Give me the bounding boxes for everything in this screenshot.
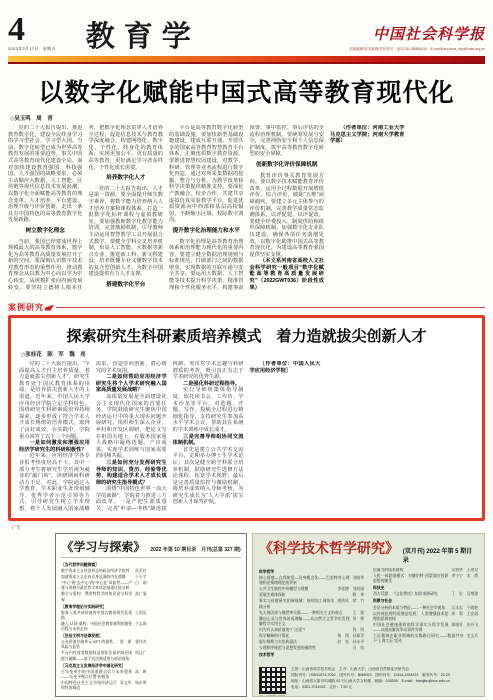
publisher-line: 电话：0351-7011922 定价：7.50 元	[291, 685, 450, 690]
entry-author: 于天宇	[135, 575, 146, 580]
article-subheading: 树立数字化理念	[8, 228, 83, 235]
article-paragraph: （作者单位：河南工业大学马克思主义学院；河南大学教育学部）	[330, 125, 405, 145]
journal-section-header: 科技史	[373, 586, 478, 591]
entry-author: 刘晓华	[353, 576, 364, 586]
entry-author: 赵 亮 孙永平	[337, 640, 364, 645]
entry-author: 王雨辰	[135, 611, 146, 621]
entry-author: 袁文华 杨东明	[120, 681, 147, 691]
entry-author: 睢 革	[353, 593, 364, 598]
qr-code	[259, 667, 286, 694]
case-swoosh-icon	[45, 305, 54, 311]
journal-entry: 论量力的技术建构吴柏华 王建设	[373, 568, 478, 573]
article-paragraph: 党的二十大报告提出，“全面提高人才自主培养质量，着力造就拔尖创新人才”。研究生教…	[19, 361, 90, 440]
journal-section-header: 科教与社会	[373, 599, 478, 604]
entry-title: 中国社会健康患病的科学事实与科学发展——以疫苗解冻争议事件为例	[373, 623, 448, 633]
header-gradient-bar	[8, 56, 485, 64]
entry-title: 公共卫生防控中的模型与建模	[259, 587, 334, 592]
entry-author: 黄 翔 孙保学	[337, 634, 364, 639]
entry-author: 毛文兵	[467, 634, 478, 644]
article-paragraph: （本文系河南省高校人文社会科学研究一般项目“数字化赋能高等教育高质量发展研究”（…	[250, 258, 325, 291]
entry-title: 工匠精神在职业领域的实践路径研究——数据共享下“上海工匠”活动	[373, 634, 464, 644]
journal-entry: 事实与价值研究的新视域：规则加工网络实践分析唐热风 徐 竹	[259, 599, 364, 609]
journal-entry: “中心”的“去中心”的“中心化”风险性——卢曼与黑格尔政治哲学本体论基础比较分析…	[61, 581, 147, 591]
entry-title: 加速资本主义走向自身反面的内在逻辑	[61, 575, 132, 580]
entry-author: 王 强	[353, 611, 364, 616]
qr-block: 扫一扫浏览二维码杂志	[259, 667, 286, 697]
article-paragraph: 首先是建立公共学术交流平台，定期举办博士生学术论坛；其次是健全跨学科联合培养机制…	[173, 447, 244, 506]
article-paragraph: 党的二十大报告指出，人才是第一资源。要全面提升师生数字素养，将数字能力培养纳入人…	[89, 186, 164, 278]
entry-author: 于志刚	[135, 622, 146, 632]
featured-byline: ◇张桂花 陈 军 魏 亮	[21, 350, 474, 358]
journal-entry: 工匠精神在职业领域的实践路径研究——数据共享下“上海工匠”活动毛文兵	[373, 634, 478, 644]
entry-author: 高 帆	[135, 670, 146, 680]
article-subheading: 创新数字化评价保障机制	[250, 162, 325, 169]
journal-right-toc: 科学哲学核心情感—自我知觉—具身概念化——巴雷特对心理建构论情绪理论的评析刘晓华…	[259, 568, 478, 664]
journal-entry: 整合与重构：费希特哲学的知识论与科学观高广旭	[61, 592, 147, 602]
entry-author: 李连德 刘成刚	[337, 587, 364, 592]
entry-title: 百年变革中的中国道路自信与未来愿景——“历史平衡点位置”的视角	[61, 670, 132, 680]
journal-section-header: 科学哲学	[259, 570, 364, 575]
journal-ad-right: 《科学技术哲学研究》 (双月刊) 2022 年第 5 期目录 科学哲学核心情感—…	[252, 533, 485, 697]
entry-author: 周 莉 王安丽	[451, 612, 478, 622]
entry-title: 科学解释的计算化	[259, 634, 334, 639]
entry-title: 公理秩序规范与思想发展的通约性	[259, 646, 350, 651]
entry-title: 先天规因果与偶然率关联——一种相关主义的观点	[259, 611, 350, 616]
entry-title: 会话分析的本质与特征——一种社会学视角	[373, 606, 448, 611]
journal-entry: 何为有认知价值的“广泛延”？钱 明	[259, 628, 364, 633]
qr-caption: 扫一扫浏览二维码杂志	[259, 695, 286, 697]
journal-entry: 加速资本主义走向自身反面的内在逻辑于天宇	[61, 575, 147, 580]
page-number-block: 4 2023年2月17日 星期五	[8, 16, 56, 52]
lead-article-columns: 党的二十大报告提出，推进教育数字化，建设全民终身学习的学习型社会、学习型大国。当…	[8, 125, 485, 297]
entry-title: 整合与重构：费希特哲学的知识论与科学观	[61, 592, 132, 602]
publisher-line: 国际刊号：ISSN1674-7062 国外代号：BM5093 国内刊号：CN14…	[291, 673, 450, 678]
journal-entry: 以传统伦理经验堪虑危机：人类增强技术伦理的思辨初探周 莉 王安丽	[373, 612, 478, 622]
journal-entry: 公允价值存储单元 NFT 的属性、风险与监管梁 斌 翟伟杰	[61, 640, 147, 650]
journal-entry: 霍尔姆斯与实验构造法赵 亮 孙永平	[259, 640, 364, 645]
entry-author: 唐热风 徐 竹	[337, 599, 364, 609]
entry-title: 论量力的技术建构	[373, 568, 448, 573]
date-line: 2023年2月17日 星期五	[8, 46, 56, 52]
journal-section-header: 技术哲学	[259, 653, 364, 658]
journal-entry: 融入·认同·重构：中国社会教育福利的演变历程与未来走向于志刚	[61, 622, 147, 632]
entry-author: 吴永忠 于晓艳	[451, 606, 478, 611]
credits-line: 本版编辑/美术编辑/责任校对 电话:010-85885410 E-mail:ji…	[349, 47, 485, 52]
entry-author: 周汉广	[135, 651, 146, 661]
case-study-label: 案例研究	[8, 302, 44, 313]
publisher-lines: 主管：山西省科学技术协会 主办：山西大学，山西省自然辩证法研究会 国际刊号：IS…	[291, 667, 450, 691]
journal-entry: 百年变革中的中国道路自信与未来愿景——“历史平衡点位置”的视角高 帆	[61, 670, 147, 680]
entry-title: 服务人类共同价值的中国式教育现代化道路	[61, 611, 132, 621]
entry-author: 梁 斌 翟伟杰	[120, 640, 147, 650]
journal-entry: 数字资本主义经济形态的政治经济学批判孙美玲	[61, 569, 147, 574]
journal-entry: 西大荒漠：《文化擎饮》知识来源研究丁 宏 吴增建	[373, 592, 478, 597]
entry-title: 公允价值存储单元 NFT 的属性、风险与监管	[61, 640, 117, 650]
article-paragraph: ［作者单位：中国人民大学应用经济学院］	[249, 361, 320, 374]
featured-article-columns: 党的二十大报告提出，“全面提高人才自主培养质量，着力造就拔尖创新人才”。研究生教…	[19, 361, 474, 517]
journal-section-header: ［马克思主义发展经济学中国化研究］	[61, 664, 147, 669]
publisher-line: 地址：山西省太原市坞城路 92 号山西大学文科楼 邮编：030006 E-mai…	[291, 679, 450, 684]
entry-title: 霍尔姆斯与实验构造法	[259, 640, 334, 645]
journal-entry: 科学解释的计算化黄 翔 孙保学	[259, 634, 364, 639]
page-header: 4 2023年2月17日 星期五 教育学 中国社会科学报 本版编辑/美术编辑/责…	[8, 6, 485, 52]
article-paragraph: 一是如何激发和增强应用经济学研究生的科研积极性？	[19, 440, 90, 453]
journal-right-issue: (双月刊) 2022 年第 5 期目录	[403, 546, 478, 564]
entry-title: 中国特色社会主义市场经济运行韧性的调适	[61, 681, 117, 691]
masthead-block: 中国社会科学报 本版编辑/美术编辑/责任校对 电话:010-85885410 E…	[349, 23, 485, 52]
entry-title: 数字资本主义经济形态的政治经济学批判	[61, 569, 132, 574]
article-subheading: 提升数字化治理能力和水平	[169, 228, 244, 235]
journal-section-header: ［当代哲学问题探索］	[61, 563, 147, 568]
journal-entry: 人机一体思维模式：对赫伯特·西蒙器官投影思想的继受李宁宁 宋 霞	[373, 574, 478, 584]
journal-entry: 公理秩序规范与思想发展的通约性白 依	[259, 646, 364, 651]
journal-entry: 公共卫生防控中的模型与建模李连德 刘成刚	[259, 587, 364, 592]
entry-author: 郑晓芳 张丹飞	[451, 623, 478, 633]
entry-author: 吴柏华 王建设	[451, 568, 478, 573]
entry-title: 以传统伦理经验堪虑危机：人类增强技术伦理的思辨初探	[373, 612, 448, 622]
entry-title: “中心”的“去中心”的“中心化”风险性——卢曼与黑格尔政治哲学本体论基础比较分析	[61, 581, 132, 591]
entry-author: 高广旭	[135, 592, 146, 602]
article-subheading: 搭建数字化平台	[89, 282, 164, 289]
journal-left-toc: ［当代哲学问题探索］数字资本主义经济形态的政治经济学批判孙美玲加速资本主义走向自…	[61, 561, 241, 695]
entry-title: 西大荒漠：《文化擎饮》知识来源研究	[373, 592, 448, 597]
journal-section-header: ［教育学理论与实践研究］	[61, 605, 147, 610]
journal-entry: 中国特色社会主义市场经济运行韧性的调适袁文华 杨东明	[61, 681, 147, 691]
article-paragraph: 教育评价事关教育发展方向。要以数字技术赋能教育评价改革，运用全过程数据开展增值评…	[250, 173, 325, 259]
newspaper-masthead: 中国社会科学报	[349, 23, 485, 44]
journal-entry: 延展生命体探析睢 革	[259, 593, 364, 598]
case-rule-line	[56, 307, 485, 308]
featured-article-box: 探索研究生科研素质培养模式 着力造就拔尖创新人才 ◇张桂花 陈 军 魏 亮 党的…	[8, 315, 485, 521]
page-number: 4	[8, 16, 56, 44]
article-paragraph: 三是如何充分发挥研究生导师的知识、资历、经验等优势，构建适合学术人才成长规律的研…	[96, 460, 167, 486]
journal-entry: 先天规因果与偶然率关联——一种相关主义的观点王 强	[259, 611, 364, 616]
journal-ad-left: 《学习与探索》 2022 年第 10 期目录 月刊(总第 327 期) ［当代哲…	[55, 533, 247, 697]
publisher-line: 主管：山西省科学技术协会 主办：山西大学，山西省自然辩证法研究会	[291, 667, 450, 672]
journal-entry: 会话分析的本质与特征——一种社会学视角吴永忠 于晓艳	[373, 606, 478, 611]
journal-left-issue: 2022 年第 10 期目录 月刊(总第 327 期)	[150, 546, 240, 553]
journal-left-header: 《学习与探索》 2022 年第 10 期目录 月刊(总第 327 期)	[61, 538, 241, 558]
entry-author: 丁 宏 吴增建	[451, 592, 478, 597]
entry-title: 融入·认同·重构：中国社会教育福利的演变历程与未来走向	[61, 622, 132, 632]
entry-title: 事实与价值研究的新视域：规则加工网络实践分析	[259, 599, 334, 609]
section-title: 教育学	[86, 22, 200, 52]
entry-title: 人机一体思维模式：对赫伯特·西蒙器官投影思想的继受	[373, 574, 448, 584]
entry-author: 白 刚	[135, 581, 146, 591]
journal-left-title: 《学习与探索》	[61, 538, 145, 555]
article-paragraph: 党的二十大报告提出，推进教育数字化，建设全民终身学习的学习型社会、学习型大国。当…	[8, 125, 83, 224]
entry-author: 白 依	[353, 646, 364, 651]
journal-right-title: 《科学技术哲学研究》	[259, 538, 399, 558]
entry-author: 李宁宁 宋 霞	[451, 574, 478, 584]
journal-right-header: 《科学技术哲学研究》 (双月刊) 2022 年第 5 期目录	[259, 538, 478, 565]
journal-right-publisher: 扫一扫浏览二维码杂志 主管：山西省科学技术协会 主办：山西大学，山西省自然辩证法…	[259, 667, 478, 697]
case-study-strip: 案例研究	[8, 302, 485, 313]
journal-entry: 服务人类共同价值的中国式教育现代化道路王雨辰	[61, 611, 147, 621]
article-subheading: 培养数字化人才	[89, 175, 164, 182]
journal-ads-row: 《学习与探索》 2022 年第 10 期目录 月刊(总第 327 期) ［当代哲…	[55, 533, 485, 697]
journal-entry: 蒯因心灵与世界的再理解——从自然主义哲学出发理解哲学实用主义周 理	[259, 617, 364, 627]
journal-entry: 中国社会健康患病的科学事实与科学发展——以疫苗解冻争议事件为例郑晓芳 张丹飞	[373, 623, 478, 633]
journal-entry: 平台内经营者数据权益的私法保护路径困境与破解——基于民法典适用分析的视角周汉广	[61, 651, 147, 661]
journal-section-header: ［法治文明与法律发展］	[61, 634, 147, 639]
newspaper-page: 4 2023年2月17日 星期五 教育学 中国社会科学报 本版编辑/美术编辑/责…	[0, 0, 493, 700]
article-paragraph: 三是完善导师组协同交流体制机制。	[173, 434, 244, 447]
article-paragraph: 平台是高等教育数字化转型的基础设施。要加快新型基础设施建设，建成互联互通、开放共…	[169, 125, 244, 224]
ad-label: 广告	[12, 525, 485, 531]
article-paragraph: 实行导师组集体指导制度，依托读书会、工作坊、学术沙龙等平台，对选题、开题、写作、…	[173, 387, 244, 433]
journal-entry: 核心情感—自我知觉—具身概念化——巴雷特对心理建构论情绪理论的评析刘晓华	[259, 576, 364, 586]
entry-author: 钱 明	[353, 628, 364, 633]
article-paragraph: 高质量发展是全面建设社会主义现代化国家的首要任务。学院鼓励研究生聚焦中国经济运行…	[96, 394, 167, 460]
lead-byline: ◇吴玉鸣 周 青	[10, 114, 485, 122]
entry-title: 延展生命体探析	[259, 593, 350, 598]
article-paragraph: 二是如何帮助应用经济学研究生将个人学术研究融入国家高质量发展战略？	[96, 374, 167, 394]
entry-author: 周 理	[353, 617, 364, 627]
entry-title: 蒯因心灵与世界的再理解——从自然主义哲学出发理解哲学实用主义	[259, 617, 350, 627]
lead-headline: 以数字化赋能中国式高等教育现代化	[8, 73, 485, 109]
entry-title: 平台内经营者数据权益的私法保护路径困境与破解——基于民法典适用分析的视角	[61, 651, 132, 661]
featured-headline: 探索研究生科研素质培养模式 着力造就拔尖创新人才	[19, 325, 474, 346]
entry-title: 核心情感—自我知觉—具身概念化——巴雷特对心理建构论情绪理论的评析	[259, 576, 350, 586]
entry-author: 孙美玲	[135, 569, 146, 574]
entry-title: 何为有认知价值的“广泛延”？	[259, 628, 350, 633]
